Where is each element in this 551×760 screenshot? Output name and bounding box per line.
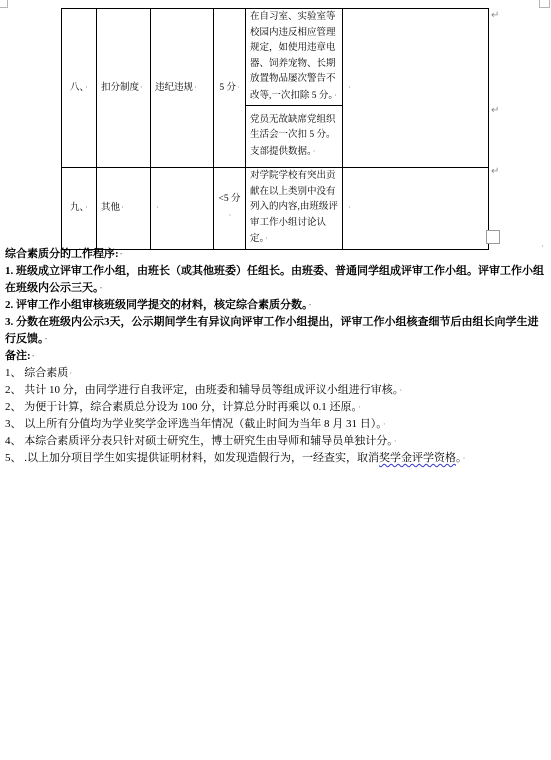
paragraph-mark: · [463,453,466,463]
paragraph-mark: · [120,249,123,259]
remarks-item-3-text: 2、 为便于计算，综合素质总分设为 100 分，计算总分时再乘以 0.1 还原。 [5,401,357,413]
row9-category-text: 其他 [101,203,120,213]
cell-end-mark: · [348,203,351,212]
remarks-item-6[interactable]: 5、 .以上加分项目学生如实提供证明材料，如发现造假行为，一经查实，取消奖学金评… [5,450,548,467]
cell-end-mark: · [140,83,143,92]
cell-row9-item[interactable]: · [151,168,214,250]
paragraph-mark: · [45,334,48,344]
paragraph-mark: · [394,436,397,446]
cell-end-mark: · [265,234,268,243]
remarks-item-6-spellcheck-text[interactable]: 奖学金评学资格 [379,452,456,464]
cell-row8-description-a[interactable]: 在自习室、实验室等校园内违反相应管理规定，如使用违章电器、饲养宠物、长期放置物品… [246,9,343,106]
remarks-item-6-suffix-text: 。 [456,452,462,464]
document-body-text: 综合素质分的工作程序:· 1. 班级成立评审工作小组，由班长（或其他班委）任组长… [5,246,548,467]
cell-end-mark: · [85,83,88,92]
cell-row8-note[interactable]: · [343,9,489,168]
row8-category-text: 扣分制度 [101,83,139,93]
row-end-mark: ↵ [491,105,499,116]
remarks-heading-text: 备注: [5,350,31,362]
procedure-item-1[interactable]: 1. 班级成立评审工作小组，由班长（或其他班委）任组长。由班委、普通同学组成评审… [5,263,548,297]
remarks-item-1[interactable]: 1、 综合素质· [5,365,548,382]
remarks-item-1-text: 1、 综合素质 [5,367,68,379]
remarks-heading[interactable]: 备注:· [5,348,548,365]
remarks-item-5-text: 4、 本综合素质评分表只针对硕士研究生，博士研究生由导师和辅导员单独计分。 [5,435,393,447]
remarks-item-5[interactable]: 4、 本综合素质评分表只针对硕士研究生，博士研究生由导师和辅导员单独计分。· [5,433,548,450]
procedure-item-3-text: 3. 分数在班级内公示3天，公示期间学生有异议向评审工作小组提出，评审工作小组核… [5,316,539,345]
row8-description-b-text: 党员无故缺席党组织生活会一次扣 5 分。支部提供数据。 [250,115,336,157]
row9-score-text: <5 分 [219,194,241,204]
row-end-mark: ↵ [491,166,499,177]
table-resize-handle[interactable] [486,230,500,244]
cell-row8-category[interactable]: 扣分制度· [97,9,151,168]
row9-description-text: 对学院学校有突出贡献在以上类别中没有列入的内容,由班级评审工作小组讨论认定。 [250,171,338,244]
paragraph-mark: · [399,385,402,395]
score-table: 八、· 扣分制度· 违纪违规· 5 分· 在自习室、实验室等校园内违反相应管理规… [61,8,489,250]
remarks-item-4[interactable]: 3、 以上所有分值均为学业奖学金评选当年情况（截止时间为当年 8 月 31 日）… [5,416,548,433]
cell-end-mark: · [334,91,337,100]
procedure-heading-text: 综合素质分的工作程序: [5,248,119,260]
cell-row9-note[interactable]: · [343,168,489,250]
row8-score-text: 5 分 [219,83,236,93]
cell-row8-item[interactable]: 违纪违规· [151,9,214,168]
cell-end-mark: · [194,83,197,92]
row9-number-text: 九、 [70,203,84,213]
remarks-item-6-prefix-text: 5、 .以上加分项目学生如实提供证明材料，如发现造假行为，一经查实，取消 [5,452,379,464]
cell-row9-score[interactable]: <5 分· [214,168,246,250]
row8-item-text: 违纪违规 [155,83,193,93]
cell-row8-number[interactable]: 八、· [62,9,97,168]
row-end-mark: ↵ [491,10,499,21]
paragraph-mark: · [383,419,386,429]
paragraph-mark: · [69,368,72,378]
cell-row9-category[interactable]: 其他· [97,168,151,250]
paragraph-mark: · [358,402,361,412]
paragraph-mark: · [32,351,35,361]
row8-number-text: 八、 [70,83,84,93]
remarks-item-3[interactable]: 2、 为便于计算，综合素质总分设为 100 分，计算总分时再乘以 0.1 还原。… [5,399,548,416]
cell-end-mark: · [121,203,124,212]
cell-row9-number[interactable]: 九、· [62,168,97,250]
cell-end-mark: · [237,83,240,92]
cell-end-mark: · [313,147,316,156]
row8-description-a-text: 在自习室、实验室等校园内违反相应管理规定，如使用违章电器、饲养宠物、长期放置物品… [250,12,336,101]
paragraph-mark: · [100,283,103,293]
text-boundary-corner-topright [539,0,550,8]
remarks-item-2[interactable]: 2、 共计 10 分，由同学进行自我评定，由班委和辅导员等组成评议小组进行审核。… [5,382,548,399]
cell-end-mark: · [85,203,88,212]
procedure-item-1-text: 1. 班级成立评审工作小组，由班长（或其他班委）任组长。由班委、普通同学组成评审… [5,265,544,294]
cell-row8-description-b[interactable]: 党员无故缺席党组织生活会一次扣 5 分。支部提供数据。· [246,106,343,168]
cell-row8-score[interactable]: 5 分· [214,9,246,168]
procedure-item-2-text: 2. 评审工作小组审核班级同学提交的材料，核定综合素质分数。 [5,299,308,311]
paragraph-mark: · [309,300,312,310]
procedure-item-2[interactable]: 2. 评审工作小组审核班级同学提交的材料，核定综合素质分数。· [5,297,548,314]
remarks-item-2-text: 2、 共计 10 分，由同学进行自我评定，由班委和辅导员等组成评议小组进行审核。 [5,384,398,396]
procedure-heading[interactable]: 综合素质分的工作程序:· [5,246,548,263]
cell-end-mark: · [348,83,351,92]
procedure-item-3[interactable]: 3. 分数在班级内公示3天，公示期间学生有异议向评审工作小组提出，评审工作小组核… [5,314,548,348]
remarks-item-4-text: 3、 以上所有分值均为学业奖学金评选当年情况（截止时间为当年 8 月 31 日）… [5,418,382,430]
document-page: 八、· 扣分制度· 违纪违规· 5 分· 在自习室、实验室等校园内违反相应管理规… [0,0,551,760]
cell-end-mark: · [229,211,232,220]
text-boundary-corner-topleft [0,0,8,8]
cell-end-mark: · [156,203,159,212]
cell-row9-description[interactable]: 对学院学校有突出贡献在以上类别中没有列入的内容,由班级评审工作小组讨论认定。· [246,168,343,250]
